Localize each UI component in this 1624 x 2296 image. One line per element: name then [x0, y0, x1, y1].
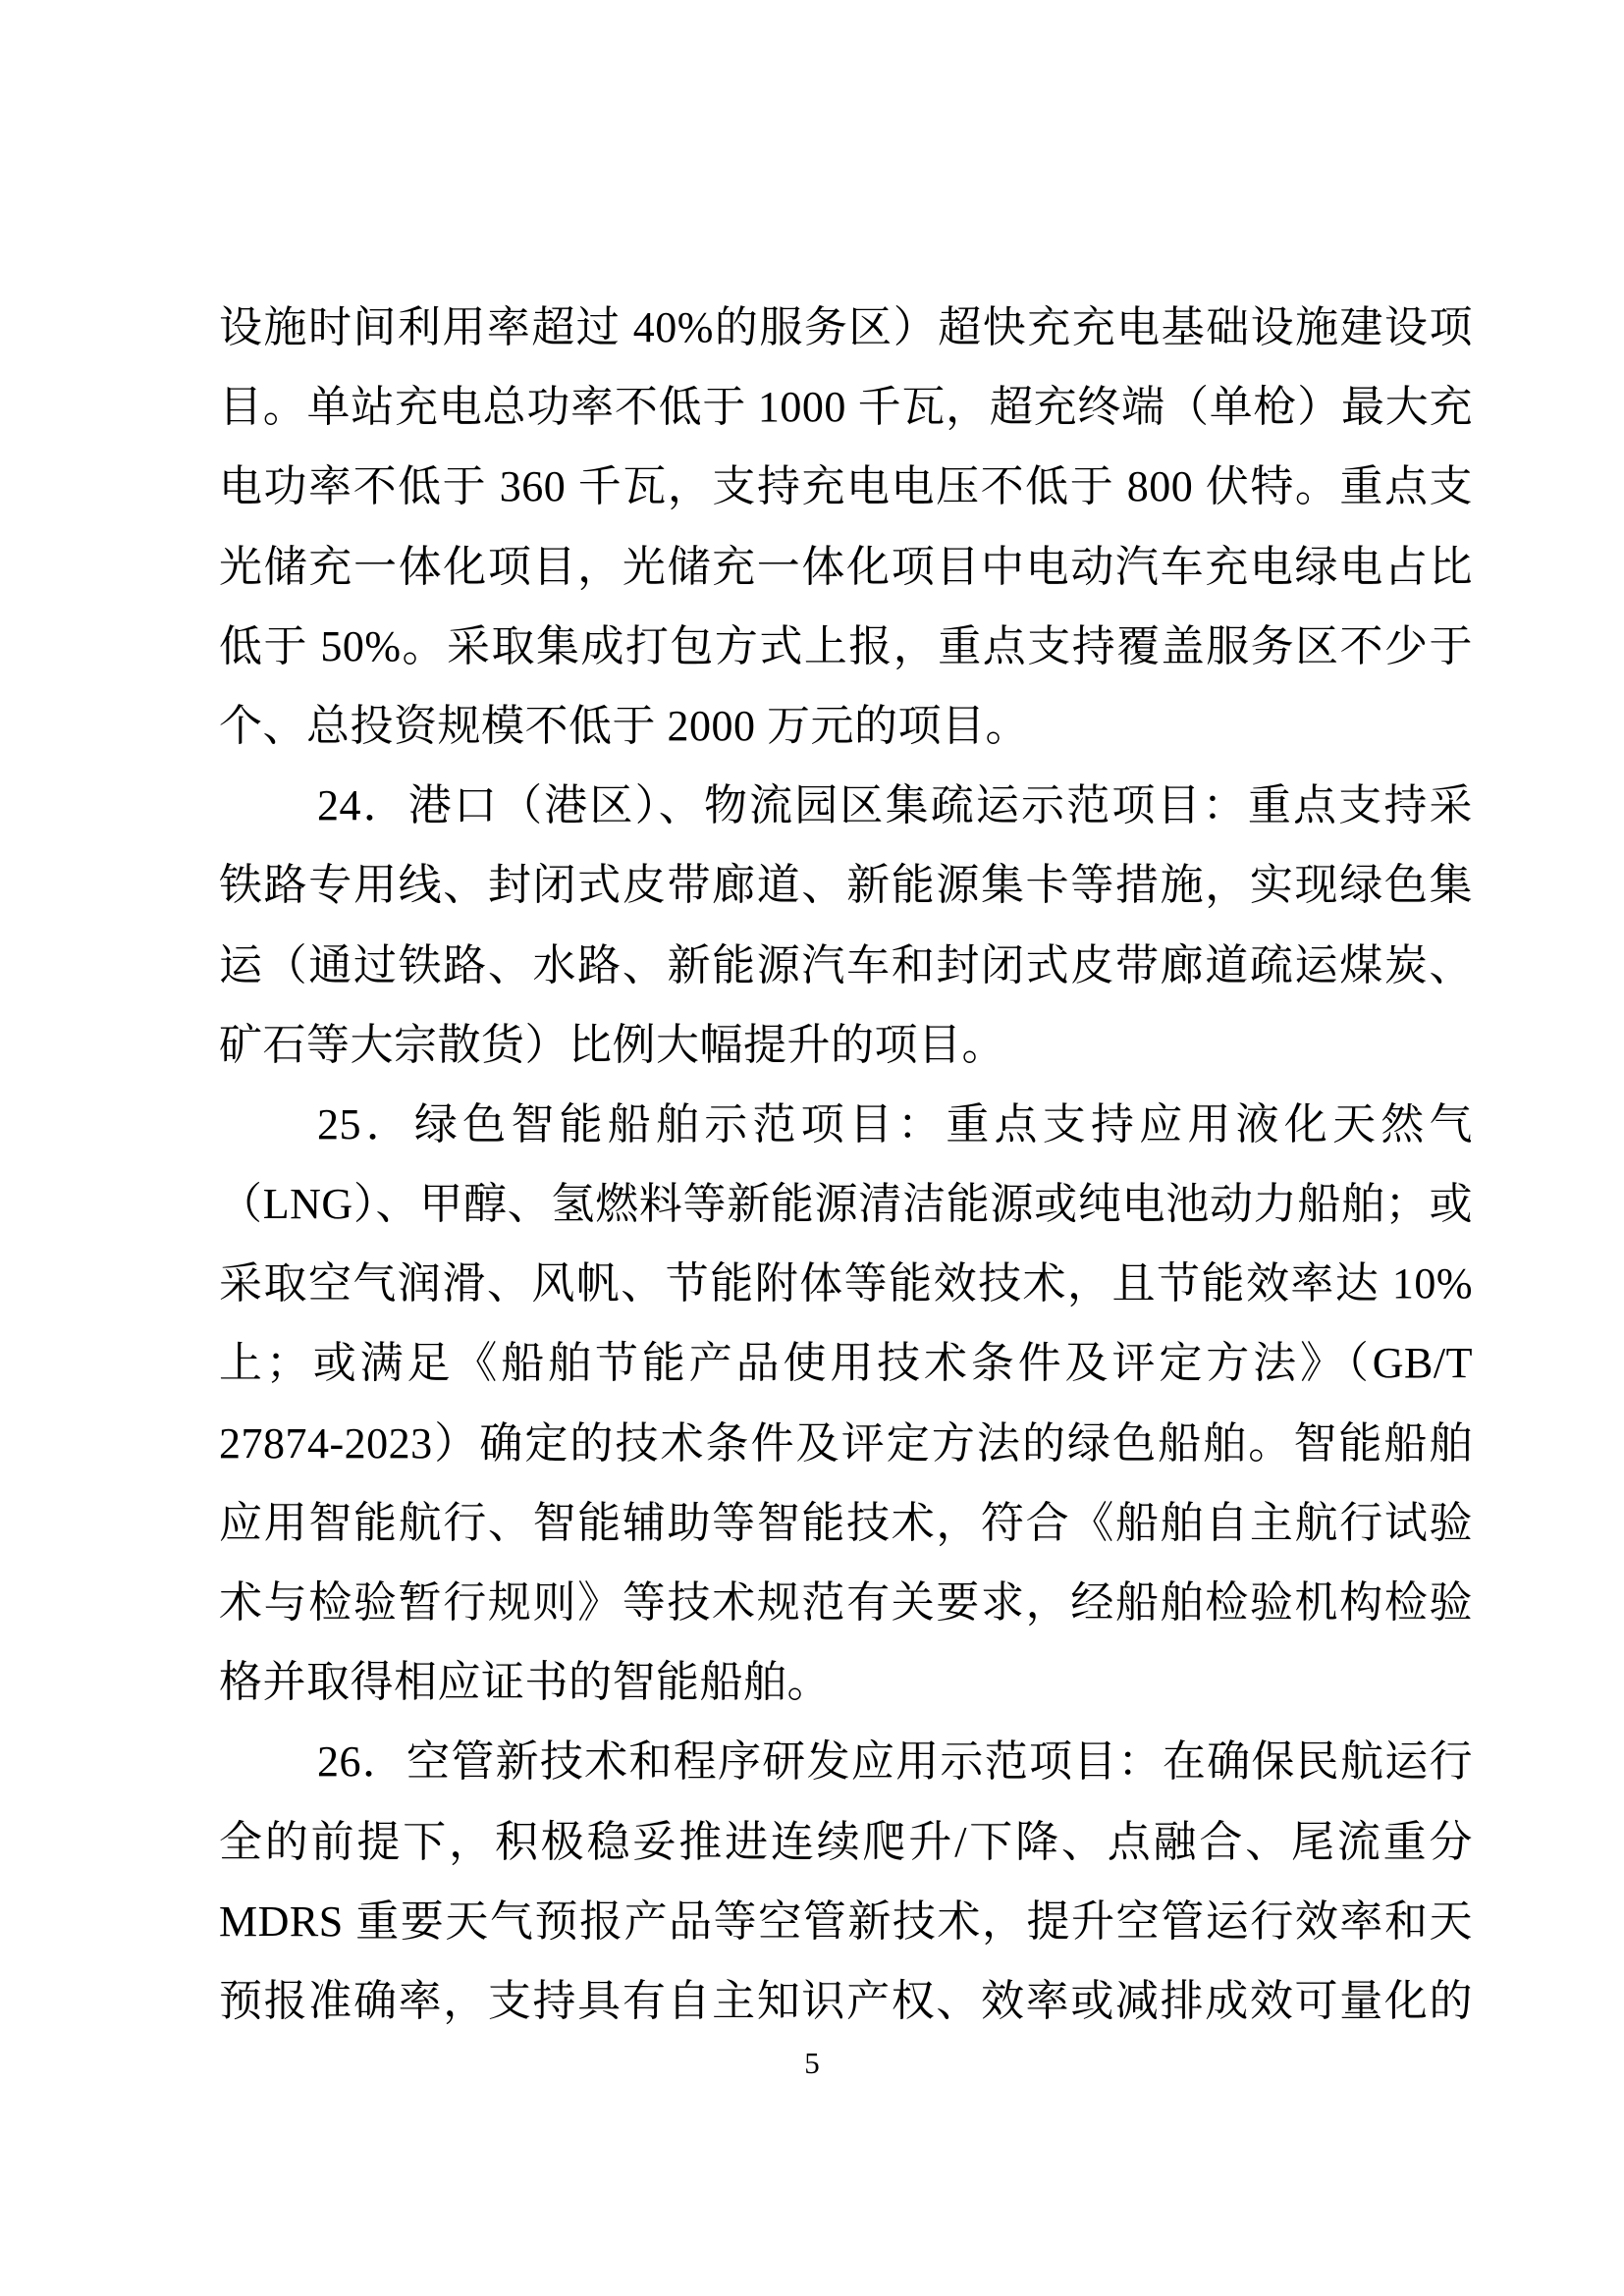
page-number: 5: [0, 2044, 1624, 2083]
text-line-paragraph-end: 个、总投资规模不低于 2000 万元的项目。: [219, 686, 1473, 766]
text-line: 上；或满足《船舶节能产品使用技术条件及评定方法》（GB/T: [219, 1323, 1473, 1403]
text-line: 电功率不低于 360 千瓦，支持充电电压不低于 800 伏特。重点支持: [219, 447, 1473, 526]
text-line: 目。单站充电总功率不低于 1000 千瓦，超充终端（单枪）最大充: [219, 367, 1473, 447]
text-line: 预报准确率，支持具有自主知识产权、效率或减排成效可量化的项: [219, 1961, 1473, 2041]
text-line: 采取空气润滑、风帆、节能附体等能效技术，且节能效率达 10%以: [219, 1244, 1473, 1323]
text-line: 27874-2023）确定的技术条件及评定方法的绿色船舶。智能船舶为: [219, 1404, 1473, 1483]
document-page: 设施时间利用率超过 40%的服务区）超快充充电基础设施建设项 目。单站充电总功率…: [0, 0, 1624, 2296]
text-line: 术与检验暂行规则》等技术规范有关要求，经船舶检验机构检验合: [219, 1563, 1473, 1642]
text-line: 应用智能航行、智能辅助等智能技术，符合《船舶自主航行试验技: [219, 1483, 1473, 1563]
text-line-item-24-start: 24．港口（港区）、物流园区集疏运示范项目：重点支持采取: [219, 766, 1473, 845]
text-line: 低于 50%。采取集成打包方式上报，重点支持覆盖服务区不少于 20: [219, 607, 1473, 686]
text-line: 运（通过铁路、水路、新能源汽车和封闭式皮带廊道疏运煤炭、铁: [219, 926, 1473, 1005]
text-line: 设施时间利用率超过 40%的服务区）超快充充电基础设施建设项: [219, 288, 1473, 367]
text-line-item-26-start: 26．空管新技术和程序研发应用示范项目：在确保民航运行安: [219, 1722, 1473, 1801]
document-body: 设施时间利用率超过 40%的服务区）超快充充电基础设施建设项 目。单站充电总功率…: [219, 288, 1473, 2041]
text-line-paragraph-end: 格并取得相应证书的智能船舶。: [219, 1642, 1473, 1722]
text-line: 全的前提下，积极稳妥推进连续爬升/下降、点融合、尾流重分类、: [219, 1802, 1473, 1882]
text-line-item-25-start: 25．绿色智能船舶示范项目：重点支持应用液化天然气: [219, 1085, 1473, 1164]
text-line: 铁路专用线、封闭式皮带廊道、新能源集卡等措施，实现绿色集疏: [219, 845, 1473, 925]
text-line: 光储充一体化项目，光储充一体化项目中电动汽车充电绿电占比不: [219, 527, 1473, 607]
text-line: （LNG）、甲醇、氢燃料等新能源清洁能源或纯电池动力船舶；或: [219, 1164, 1473, 1244]
text-line: MDRS 重要天气预报产品等空管新技术，提升空管运行效率和天气: [219, 1882, 1473, 1961]
text-line-paragraph-end: 矿石等大宗散货）比例大幅提升的项目。: [219, 1005, 1473, 1085]
